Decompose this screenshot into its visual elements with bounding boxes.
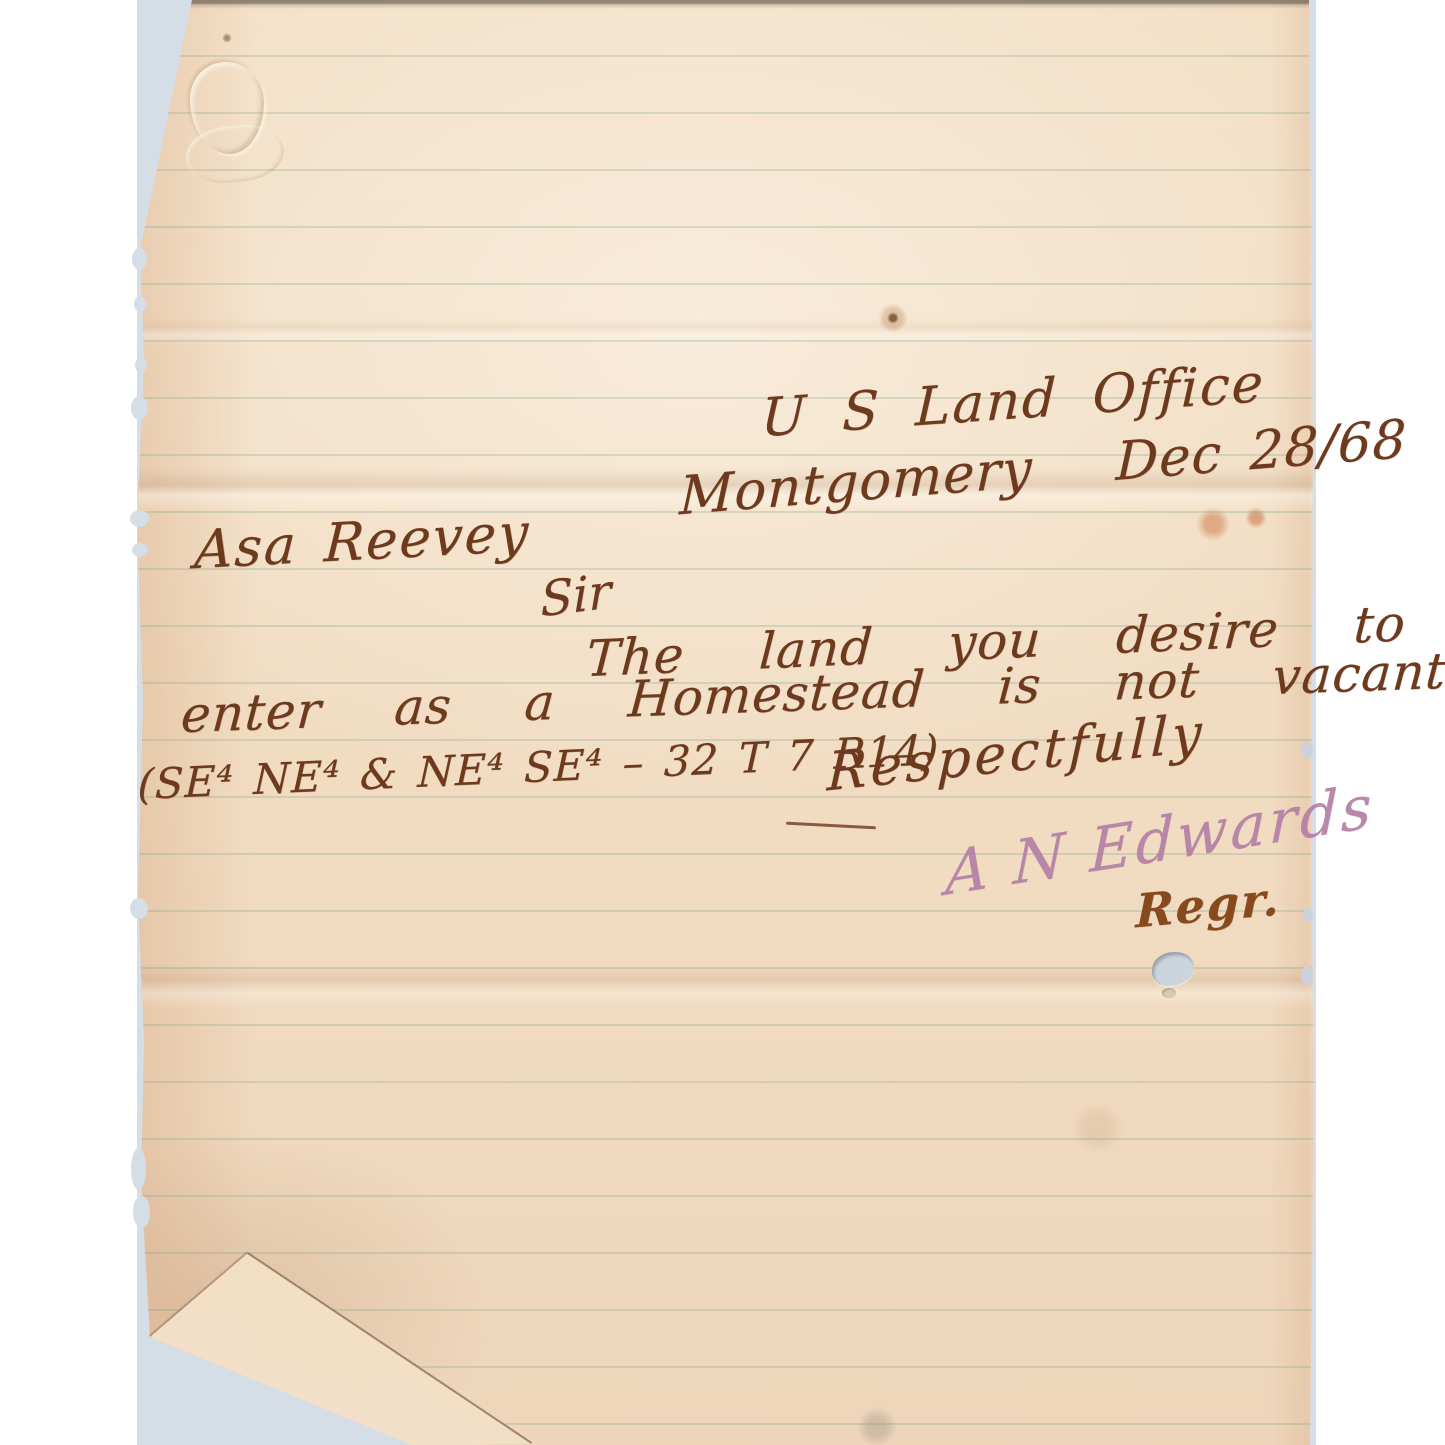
torn-edge-notch: [130, 510, 149, 527]
torn-edge-notch: [1303, 908, 1313, 922]
torn-edge-notch: [1301, 742, 1313, 759]
scanned-letter-page: U S Land Office Montgomery Dec 28/68 Asa…: [0, 0, 1445, 1445]
torn-edge-notch: [131, 396, 148, 420]
torn-edge-notch: [135, 358, 147, 372]
torn-edge-notch: [1301, 966, 1313, 985]
torn-edge-notch: [131, 1148, 146, 1190]
signature-title: Regr.: [1135, 875, 1281, 934]
torn-edge-notch: [133, 1196, 150, 1228]
torn-edge-notch: [130, 898, 148, 919]
paper-chip: [1162, 988, 1176, 998]
torn-edge-notch: [132, 543, 148, 557]
torn-edge-notch: [134, 296, 146, 312]
salutation: Sir: [540, 567, 611, 624]
torn-edge-notch: [132, 248, 147, 270]
